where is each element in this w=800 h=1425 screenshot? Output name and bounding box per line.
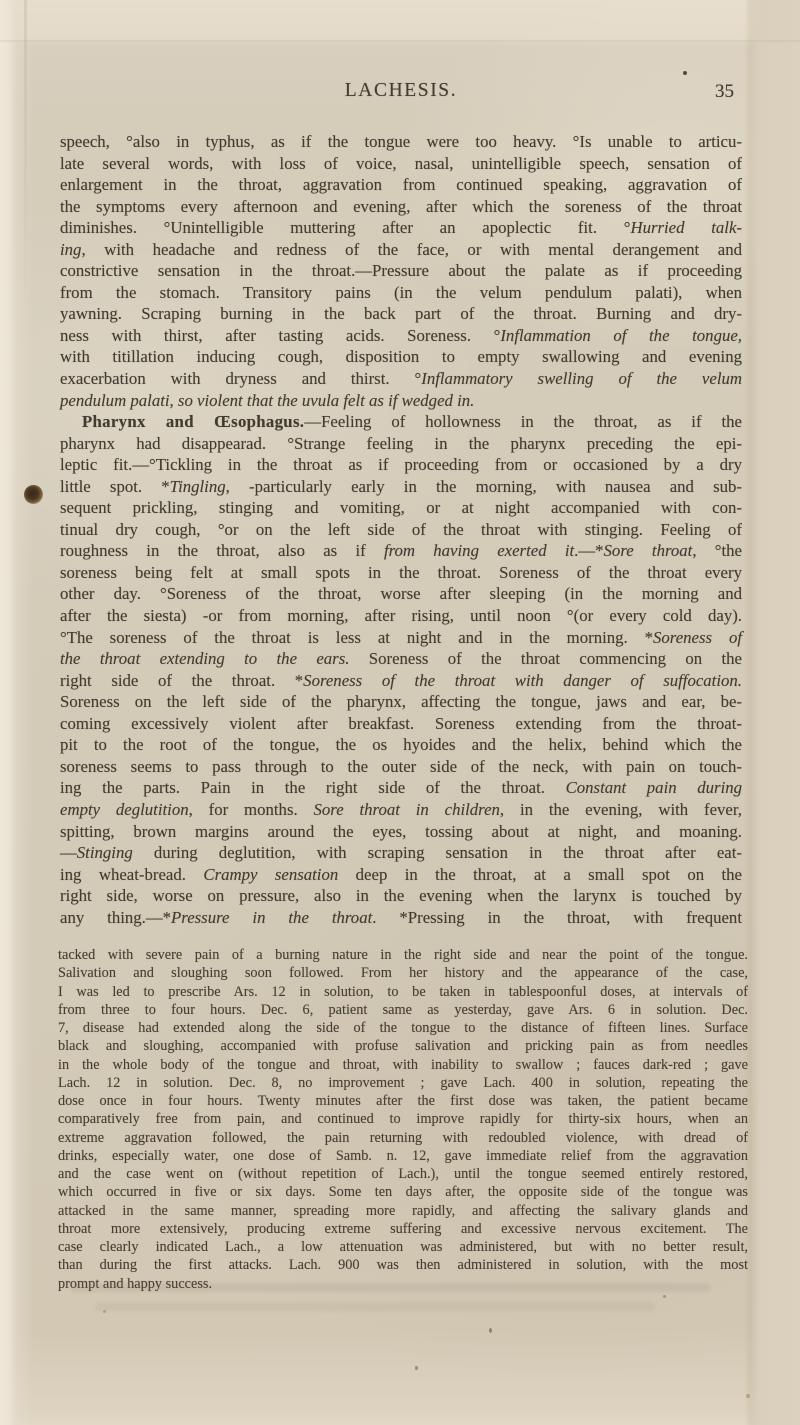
ink-blot [24,485,43,504]
text-line: the symptoms every afternoon and evening… [60,196,742,218]
text-line: black and sloughing, accompanied with pr… [58,1037,748,1055]
text-line: from the stomach. Transitory pains (in t… [60,282,742,304]
text-line: I was led to prescribe Ars. 12 in soluti… [58,983,748,1001]
text-line: from three to four hours. Dec. 6, patien… [58,1001,748,1019]
paper-speck [489,1328,492,1333]
text-line: coming excessively violent after breakfa… [60,713,742,735]
vertical-crease [24,0,27,320]
text-line: after the siesta) -or from morning, afte… [60,605,742,627]
main-text: speech, °also in typhus, as if the tongu… [60,131,742,928]
text-line: sequent prickling, stinging and vomiting… [60,497,742,519]
paper-speck [663,1295,666,1298]
text-line: constrictive sensation in the throat.—Pr… [60,260,742,282]
scanned-book-page: { "colors": { "paper": "#d5ccba", "ink":… [0,0,800,1425]
page-number: 35 [715,81,734,103]
text-line: ing, with headache and redness of the fa… [60,239,742,261]
page-left-edge [0,0,34,1425]
text-line: diminishes. °Unintelligible muttering af… [60,217,742,239]
text-line: extreme aggravation followed, the pain r… [58,1129,748,1147]
paper-speck [746,1394,750,1398]
text-line: and the case went on (without repetition… [58,1165,748,1183]
text-line: Pharynx and Œsophagus.—Feeling of hollow… [60,411,742,433]
text-line: pharynx had disappearad. °Strange feelin… [60,433,742,455]
text-line: little spot. *Tingling, -particularly ea… [60,476,742,498]
text-line: leptic fit.—°Tickling in the throat as i… [60,454,742,476]
text-line: roughness in the throat, also as if from… [60,540,742,562]
text-line: exacerbation with dryness and thirst. °I… [60,368,742,390]
show-through-text [95,1302,655,1311]
text-line: drinks, especially water, one dose of Sa… [58,1147,748,1165]
text-line: °The soreness of the throat is less at n… [60,627,742,649]
text-line: ing wheat-bread. Crampy sensation deep i… [60,864,742,886]
text-line: Salivation and sloughing soon followed. … [58,964,748,982]
text-line: ing the parts. Pain in the right side of… [60,777,742,799]
text-line: right side, worse on pressure, also in t… [60,885,742,907]
text-line: than during the first attacks. Lach. 900… [58,1256,748,1274]
text-line: pit to the root of the tongue, the os hy… [60,734,742,756]
text-line: any thing.—*Pressure in the throat. *Pre… [60,907,742,929]
page-title: LACHESIS. [60,80,742,102]
text-line: soreness seems to pass through to the ou… [60,756,742,778]
text-line: ness with thirst, after tasting acids. S… [60,325,742,347]
text-line: —Stinging during deglutition, with scrap… [60,842,742,864]
text-line: attacked in the same manner, spreading m… [58,1202,748,1220]
text-line: throat more extensively, producing extre… [58,1220,748,1238]
text-line: other day. °Soreness of the throat, wors… [60,583,742,605]
text-line: 7, disease had extended along the side o… [58,1019,748,1037]
text-line: right side of the throat. *Soreness of t… [60,670,742,692]
text-line: pendulum palati, so violent that the uvu… [60,390,742,412]
text-line: in the whole body of the tongue and thro… [58,1056,748,1074]
text-line: tacked with severe pain of a burning nat… [58,946,748,964]
text-line: the throat extending to the ears. Sorene… [60,648,742,670]
text-line: with titillation inducing cough, disposi… [60,346,742,368]
page-right-edge [744,0,800,1425]
page-header: LACHESIS. 35 [60,80,742,108]
text-line: spitting, brown margins around the eyes,… [60,821,742,843]
text-line: enlargement in the throat, aggravation f… [60,174,742,196]
text-line: empty deglutition, for months. Sore thro… [60,799,742,821]
paper-speck [415,1366,418,1370]
footnote-text: tacked with severe pain of a burning nat… [58,946,748,1293]
top-crease [0,40,800,43]
text-line: case clearly indicated Lach., a low atte… [58,1238,748,1256]
text-line: Soreness on the left side of the pharynx… [60,691,742,713]
text-line: which occurred in five or six days. Some… [58,1183,748,1201]
text-line: comparatively free from pain, and contin… [58,1110,748,1128]
text-line: dose once in four hours. Twenty minutes … [58,1092,748,1110]
text-line: Lach. 12 in solution. Dec. 8, no improve… [58,1074,748,1092]
text-line: tinual dry cough, °or on the left side o… [60,519,742,541]
show-through-text [70,1283,710,1292]
text-line: speech, °also in typhus, as if the tongu… [60,131,742,153]
text-line: late several words, with loss of voice, … [60,153,742,175]
paper-speck [683,71,687,75]
text-line: yawning. Scraping burning in the back pa… [60,303,742,325]
text-line: soreness being felt at small spots in th… [60,562,742,584]
